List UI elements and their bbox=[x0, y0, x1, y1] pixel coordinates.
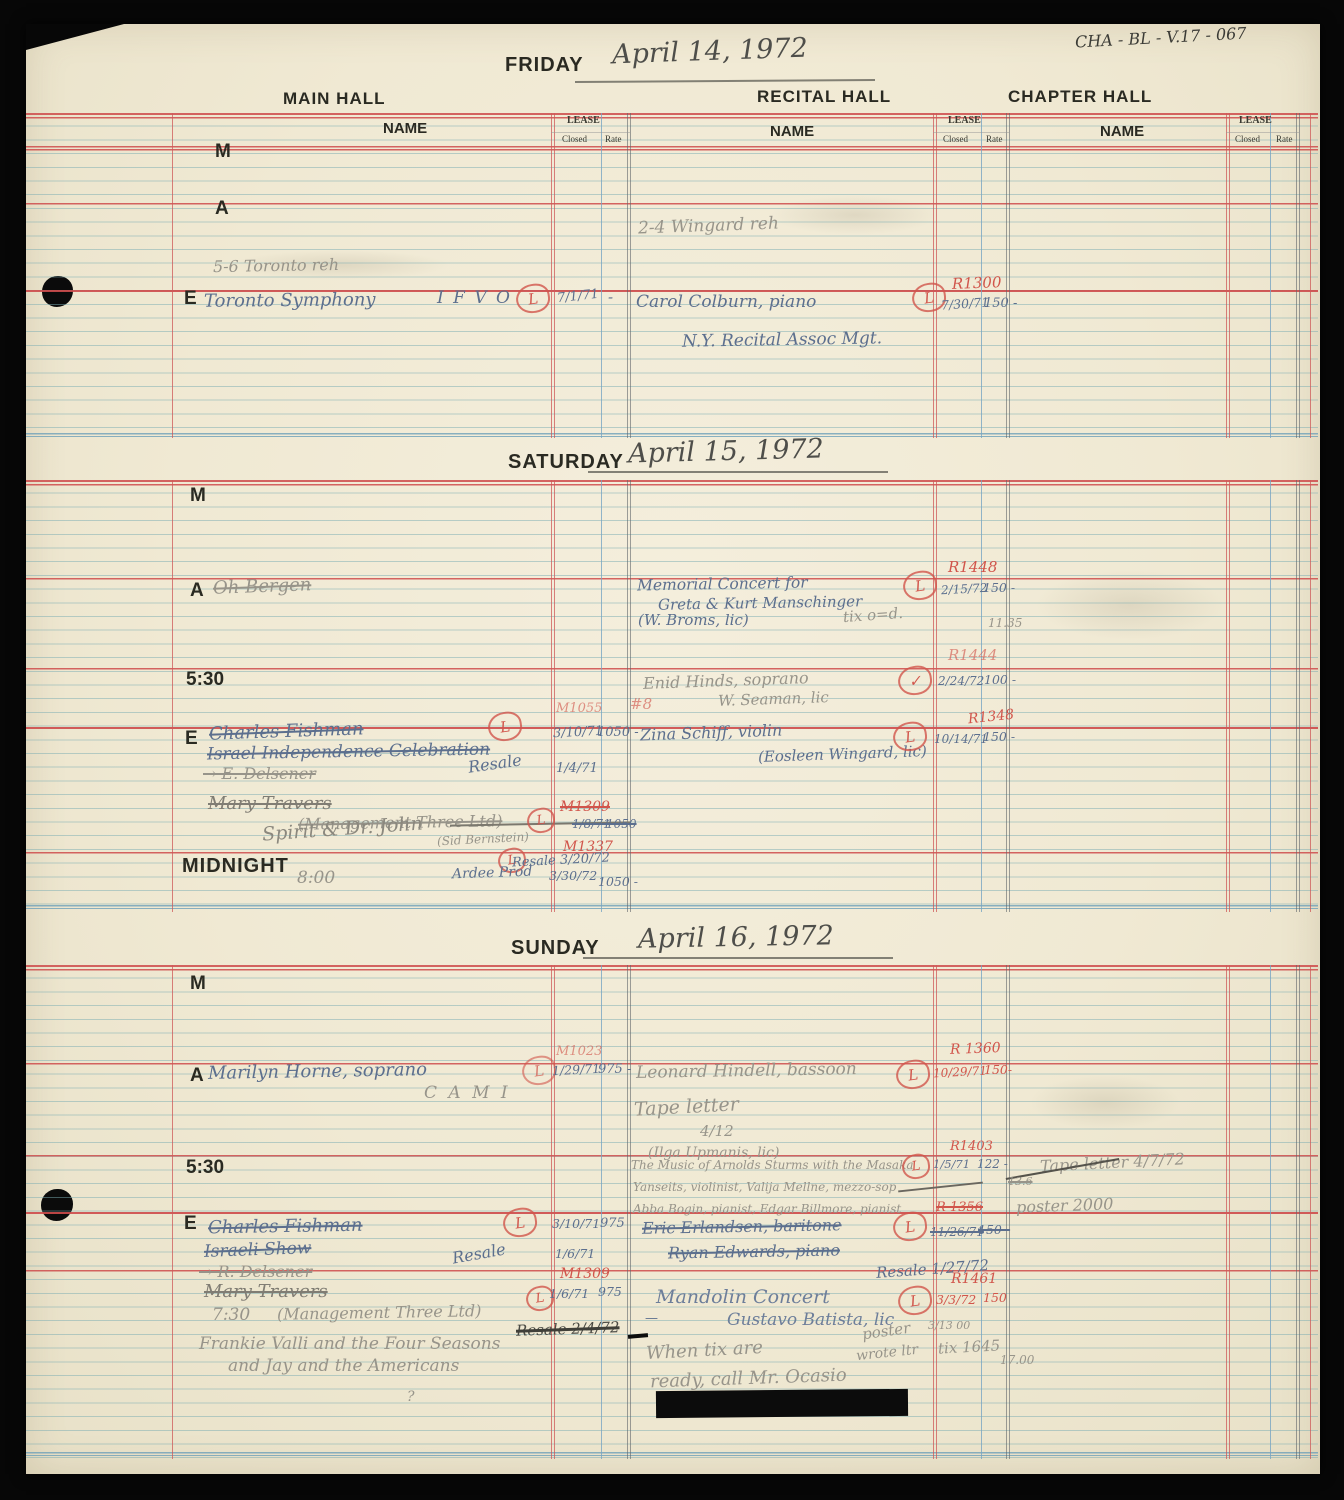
note-resale-date: 1/6/71 bbox=[555, 1248, 595, 1261]
row-label-m: M bbox=[190, 486, 206, 505]
col-header-name-main: NAME bbox=[383, 121, 427, 136]
note-tix-amount: tix 1645 bbox=[938, 1338, 1001, 1356]
hall-header-chapter: CHAPTER HALL bbox=[1008, 88, 1152, 105]
redaction-bar bbox=[656, 1389, 908, 1418]
row-label-e: E bbox=[184, 289, 197, 308]
entry-showtime: 8:00 bbox=[297, 870, 335, 887]
row-label-530: 5:30 bbox=[186, 1158, 224, 1177]
lease-code: R1300 bbox=[952, 275, 1002, 292]
note-tape-letter: Tape letter bbox=[634, 1095, 740, 1119]
entry-mandolin-concert: Mandolin Concert bbox=[656, 1288, 830, 1307]
col-header-closed-main: Closed bbox=[562, 135, 587, 144]
entry-memorial-concert-1: Memorial Concert for bbox=[637, 576, 808, 594]
entry-memorial-concert-3: (W. Broms, lic) bbox=[638, 613, 749, 628]
entry-memorial-concert-2: Greta & Kurt Manschinger bbox=[658, 594, 862, 613]
note-amount-2: 17.00 bbox=[1000, 1354, 1034, 1366]
scanned-ledger-page: CHA - BL - V.17 - 067 FRIDAY April 14, 1… bbox=[0, 0, 1344, 1500]
col-header-name-chapter: NAME bbox=[1100, 124, 1144, 139]
lease-rate: 975 bbox=[600, 1217, 625, 1230]
lease-code-cancelled: M1309 bbox=[560, 800, 610, 814]
note-resale-cancelled: Resale 2/4/72 bbox=[516, 1320, 620, 1339]
col-header-closed-chapter: Closed bbox=[1235, 135, 1260, 144]
lease-code: R1461 bbox=[951, 1272, 997, 1286]
entry-ardee-prod: Ardee Prod bbox=[452, 865, 533, 882]
entry-eric-erlandsen-cancelled: Eric Erlandsen, baritone bbox=[642, 1217, 842, 1236]
hall-header-main: MAIN HALL bbox=[283, 90, 385, 107]
entry-frankie-valli-2: and Jay and the Americans bbox=[228, 1358, 459, 1375]
col-header-rate-recital: Rate bbox=[986, 135, 1003, 144]
entry-leonard-hindell: Leonard Hindell, bassoon bbox=[636, 1061, 857, 1082]
lease-rate: 150 - bbox=[984, 297, 1017, 310]
note-small-amount: 13.6 bbox=[1008, 1176, 1033, 1187]
lease-code: M1055 bbox=[556, 702, 602, 715]
entry-mary-travers-cancelled: Mary Travers bbox=[208, 795, 332, 813]
lease-closed-date: 1/29/71 bbox=[552, 1063, 601, 1078]
lease-closed-date: 3/3/72 bbox=[936, 1294, 976, 1307]
note-question-mark: ? bbox=[407, 1390, 415, 1404]
lease-rate: 150- bbox=[984, 1064, 1012, 1077]
note-tix-ordered: tix o=d. bbox=[843, 606, 904, 625]
entry-showtime: 7:30 bbox=[212, 1307, 250, 1324]
lease-rate: 1050 - bbox=[597, 726, 639, 739]
ledger-table-saturday bbox=[26, 480, 1318, 912]
entry-charles-fishman-cancelled: Charles Fishman bbox=[208, 1217, 363, 1238]
lease-rate: 122 - bbox=[977, 1158, 1008, 1170]
entry-carol-colburn: Carol Colburn, piano bbox=[636, 294, 816, 311]
row-label-530: 5:30 bbox=[186, 670, 224, 689]
entry-dash: — bbox=[645, 1312, 658, 1325]
lease-closed-date: 3/10/71 bbox=[553, 725, 604, 741]
lease-closed-date-cancelled: 11/26/71 bbox=[930, 1226, 984, 1238]
entry-sturms-concert-1: The Music of Arnolds Sturms with the Mas… bbox=[631, 1159, 914, 1171]
col-header-lease-chapter: LEASE bbox=[1239, 116, 1272, 126]
entry-sturms-concert-2: Yanseits, violinist, Valija Mellne, mezz… bbox=[633, 1181, 896, 1193]
lease-closed-date: 10/29/71 bbox=[933, 1065, 987, 1080]
row-label-m: M bbox=[215, 142, 231, 161]
entry-wingard-rehearsal: 2-4 Wingard reh bbox=[638, 216, 779, 238]
note-poster-2000: poster 2000 bbox=[1016, 1196, 1114, 1215]
hall-header-recital: RECITAL HALL bbox=[757, 88, 891, 105]
date-underline bbox=[583, 957, 893, 959]
row-label-m: M bbox=[190, 974, 206, 993]
lease-rate: 150 - bbox=[983, 731, 1015, 744]
lease-code: M1309 bbox=[560, 1267, 610, 1281]
lease-closed-date: 10/14/71 bbox=[934, 733, 988, 745]
col-header-rate-main: Rate bbox=[605, 135, 622, 144]
lease-rate: 1050 - bbox=[598, 876, 638, 889]
entry-delsener-cancelled: → R. Delsener bbox=[199, 1264, 312, 1280]
note-poster-date: 3/13 00 bbox=[928, 1320, 970, 1331]
entry-israel-independence-cancelled: Israel Independence Celebration bbox=[207, 742, 490, 764]
lease-rate-cancelled: 1050 bbox=[606, 818, 637, 830]
lease-code: R 1360 bbox=[950, 1041, 1001, 1057]
lease-code: R1444 bbox=[948, 648, 997, 663]
note-number-8: #8 bbox=[630, 697, 652, 712]
note-tape-letter-date: 4/12 bbox=[700, 1124, 734, 1139]
day-label-friday: FRIDAY bbox=[505, 55, 584, 75]
day-label-sunday: SUNDAY bbox=[511, 938, 600, 958]
col-header-name-recital: NAME bbox=[770, 124, 814, 139]
lease-closed-date: 2/24/72 bbox=[938, 675, 984, 687]
lease-rate-cancelled: 150 - bbox=[978, 1224, 1010, 1237]
entry-toronto-symphony: Toronto Symphony bbox=[204, 291, 376, 310]
note-resale-date: 1/4/71 bbox=[556, 762, 598, 775]
row-label-a: A bbox=[190, 581, 204, 600]
entry-cami-agency: C A M I bbox=[424, 1085, 511, 1102]
col-header-rate-chapter: Rate bbox=[1276, 135, 1293, 144]
date-underline bbox=[588, 471, 888, 473]
col-header-lease-recital: LEASE bbox=[948, 116, 981, 126]
lease-closed-date: 3/10/71 bbox=[552, 1218, 600, 1231]
entry-frankie-valli-1: Frankie Valli and the Four Seasons bbox=[199, 1336, 500, 1353]
lease-closed-date: 2/15/72 bbox=[941, 582, 988, 596]
entry-delsener-cancelled: → E. Delsener bbox=[203, 766, 316, 782]
lease-rate: 975 bbox=[598, 1286, 622, 1299]
entry-marilyn-horne: Marilyn Horne, soprano bbox=[208, 1061, 427, 1083]
lease-closed-date: 7/30/71 bbox=[941, 296, 990, 312]
entry-ryan-edwards-cancelled: Ryan Edwards, piano bbox=[668, 1243, 840, 1262]
lease-rate: 975 - bbox=[598, 1063, 631, 1076]
row-label-a: A bbox=[190, 1066, 204, 1085]
day-date-friday: April 14, 1972 bbox=[612, 35, 809, 69]
lease-code: R1403 bbox=[950, 1140, 993, 1153]
col-header-lease-main: LEASE bbox=[567, 116, 600, 126]
entry-ny-recital-assoc: N.Y. Recital Assoc Mgt. bbox=[682, 330, 882, 350]
row-label-a: A bbox=[215, 199, 229, 218]
row-label-e: E bbox=[184, 1214, 197, 1233]
lease-closed-date-cancelled: 1/8/71 bbox=[572, 818, 611, 830]
row-label-e: E bbox=[185, 729, 198, 748]
day-date-saturday: April 15, 1972 bbox=[628, 435, 824, 467]
lease-closed-date: 1/6/71 bbox=[549, 1288, 589, 1301]
lease-code: M1023 bbox=[556, 1045, 602, 1058]
entry-israeli-show-cancelled: Israeli Show bbox=[204, 1240, 312, 1261]
lease-rate: - bbox=[608, 290, 613, 305]
col-header-closed-recital: Closed bbox=[943, 135, 968, 144]
entry-toronto-agency: I F V O bbox=[437, 290, 512, 307]
note-amount: 11.35 bbox=[988, 617, 1022, 629]
lease-rate: 150 bbox=[983, 1292, 1007, 1305]
lease-rate: 150 - bbox=[983, 582, 1015, 595]
day-date-sunday: April 16, 1972 bbox=[638, 922, 834, 952]
lease-code: R1448 bbox=[948, 560, 997, 575]
entry-management-three: (Management Three Ltd) bbox=[277, 1303, 482, 1323]
lease-closed-date: 3/30/72 bbox=[549, 870, 597, 883]
day-label-saturday: SATURDAY bbox=[508, 452, 624, 472]
lease-code-cancelled: R 1356 bbox=[936, 1201, 983, 1214]
entry-oh-bergen-cancelled: Oh Bergen bbox=[213, 576, 312, 597]
entry-toronto-rehearsal: 5-6 Toronto reh bbox=[213, 257, 339, 275]
lease-closed-date: 1/5/71 bbox=[933, 1159, 970, 1171]
lease-rate: 100 - bbox=[984, 674, 1016, 687]
entry-mary-travers-cancelled: Mary Travers bbox=[204, 1283, 328, 1301]
row-label-midnight: MIDNIGHT bbox=[182, 856, 289, 876]
entry-seaman-lic: W. Seaman, lic bbox=[718, 690, 829, 709]
entry-sturms-concert-3: Abba Bogin, pianist, Edgar Billmore, pia… bbox=[633, 1203, 901, 1215]
paper-corner-clip bbox=[26, 24, 124, 50]
